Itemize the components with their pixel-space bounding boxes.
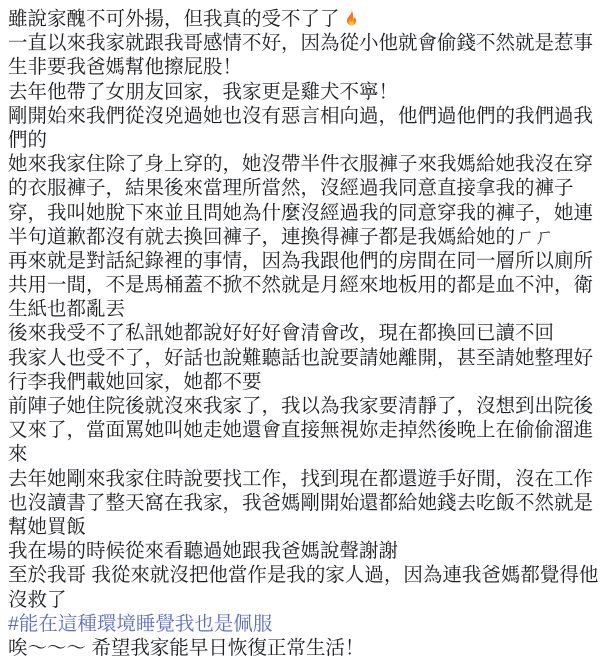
- post-line-text: 再來就是對話紀錄裡的事情，因為我跟他們的房間在同一層所以廁所: [8, 250, 593, 272]
- post-line: 我在場的時候從來看聽過她跟我爸媽說聲謝謝: [8, 539, 603, 563]
- post-line-text: 生紙也都亂丟: [8, 298, 125, 320]
- post-line-text: 我家人也受不了，好話也說難聽話也說要請她離開，甚至請她整理好: [8, 347, 593, 369]
- post-line-text: 唉～～～ 希望我家能早日恢復正常生活！: [8, 637, 364, 659]
- post-line: 唉～～～ 希望我家能早日恢復正常生活！: [8, 636, 603, 660]
- post-line: 行李我們載她回家，她都不要: [8, 370, 603, 394]
- post-line-text: 半句道歉都沒有就去換回褲子，連換得褲子都是我媽給她的ㄏㄏ: [8, 226, 554, 248]
- post-line: 剛開始來我們從沒兇過她也沒有惡言相向過，他們過他們的我們過我: [8, 104, 603, 128]
- post-line: 至於我哥 我從來就沒把他當作是我的家人過，因為連我爸媽都覺得他: [8, 563, 603, 587]
- fire-emoji: [342, 8, 361, 27]
- post-line: 生非要我爸媽幫他擦屁股！: [8, 55, 603, 79]
- post-line: 去年他帶了女朋友回家，我家更是雞犬不寧！: [8, 80, 603, 104]
- hashtag-link[interactable]: #能在這種環境睡覺我也是佩服: [8, 612, 603, 636]
- post-line-text: 剛開始來我們從沒兇過她也沒有惡言相向過，他們過他們的我們過我: [8, 105, 593, 127]
- post-line: 雖說家醜不可外揚，但我真的受不了了: [8, 7, 603, 31]
- post-line: 也沒讀書了整天窩在我家，我爸媽剛開始還都給她錢去吃飯不然就是: [8, 491, 603, 515]
- post-line-text: 也沒讀書了整天窩在我家，我爸媽剛開始還都給她錢去吃飯不然就是: [8, 492, 593, 514]
- post-line-text: 們的: [8, 129, 47, 151]
- post: 雖說家醜不可外揚，但我真的受不了了一直以來我家就跟我哥感情不好，因為從小他就會偷…: [0, 0, 611, 662]
- post-line-text: 穿，我叫她脫下來並且問她為什麼沒經過我的同意穿我的褲子，她連: [8, 202, 593, 224]
- post-line-text: 行李我們載她回家，她都不要: [8, 371, 262, 393]
- post-line-text: 生非要我爸媽幫他擦屁股！: [8, 56, 242, 78]
- post-text: 雖說家醜不可外揚，但我真的受不了了一直以來我家就跟我哥感情不好，因為從小他就會偷…: [8, 7, 603, 660]
- post-line: 們的: [8, 128, 603, 152]
- post-line: 半句道歉都沒有就去換回褲子，連換得褲子都是我媽給她的ㄏㄏ: [8, 225, 603, 249]
- post-line-text: 共用一間，不是馬桶蓋不掀不然就是月經來地板用的都是血不沖，衛: [8, 274, 593, 296]
- post-line: 生紙也都亂丟: [8, 297, 603, 321]
- post-line-text: 來: [8, 443, 28, 465]
- post-line: 她來我家住除了身上穿的，她沒帶半件衣服褲子來我媽給她我沒在穿: [8, 152, 603, 176]
- post-line: 沒救了: [8, 588, 603, 612]
- post-line: 前陣子她住院後就沒來我家了，我以為我家要清靜了，沒想到出院後: [8, 394, 603, 418]
- post-line-text: 她來我家住除了身上穿的，她沒帶半件衣服褲子來我媽給她我沒在穿: [8, 153, 593, 175]
- post-line: 後來我受不了私訊她都說好好好會清會改，現在都換回已讀不回: [8, 321, 603, 345]
- post-line-text: 去年她剛來我家住時說要找工作，找到現在都還遊手好閒，沒在工作: [8, 468, 593, 490]
- post-line-text: 後來我受不了私訊她都說好好好會清會改，現在都換回已讀不回: [8, 322, 554, 344]
- post-line: 幫她買飯: [8, 515, 603, 539]
- post-line-text: 幫她買飯: [8, 516, 86, 538]
- post-line-text: 前陣子她住院後就沒來我家了，我以為我家要清靜了，沒想到出院後: [8, 395, 593, 417]
- post-line: 又來了，當面罵她叫她走她還會直接無視妳走掉然後晚上在偷偷溜進: [8, 418, 603, 442]
- post-line-text: 的衣服褲子，結果後來當理所當然，沒經過我同意直接拿我的褲子: [8, 177, 574, 199]
- post-line: 共用一間，不是馬桶蓋不掀不然就是月經來地板用的都是血不沖，衛: [8, 273, 603, 297]
- post-line-text: #能在這種環境睡覺我也是佩服: [8, 613, 272, 635]
- post-line-text: 沒救了: [8, 589, 67, 611]
- post-line-text: 又來了，當面罵她叫她走她還會直接無視妳走掉然後晚上在偷偷溜進: [8, 419, 593, 441]
- post-line-text: 我在場的時候從來看聽過她跟我爸媽說聲謝謝: [8, 540, 398, 562]
- post-line: 的衣服褲子，結果後來當理所當然，沒經過我同意直接拿我的褲子: [8, 176, 603, 200]
- post-line: 來: [8, 442, 603, 466]
- post-line: 穿，我叫她脫下來並且問她為什麼沒經過我的同意穿我的褲子，她連: [8, 201, 603, 225]
- post-line: 再來就是對話紀錄裡的事情，因為我跟他們的房間在同一層所以廁所: [8, 249, 603, 273]
- post-line: 我家人也受不了，好話也說難聽話也說要請她離開，甚至請她整理好: [8, 346, 603, 370]
- post-line-text: 一直以來我家就跟我哥感情不好，因為從小他就會偷錢不然就是惹事: [8, 32, 593, 54]
- post-line: 一直以來我家就跟我哥感情不好，因為從小他就會偷錢不然就是惹事: [8, 31, 603, 55]
- post-line-text: 至於我哥 我從來就沒把他當作是我的家人過，因為連我爸媽都覺得他: [8, 564, 598, 586]
- post-line-text: 去年他帶了女朋友回家，我家更是雞犬不寧！: [8, 81, 398, 103]
- post-line-text: 雖說家醜不可外揚，但我真的受不了了: [8, 8, 340, 30]
- post-line: 去年她剛來我家住時說要找工作，找到現在都還遊手好閒，沒在工作: [8, 467, 603, 491]
